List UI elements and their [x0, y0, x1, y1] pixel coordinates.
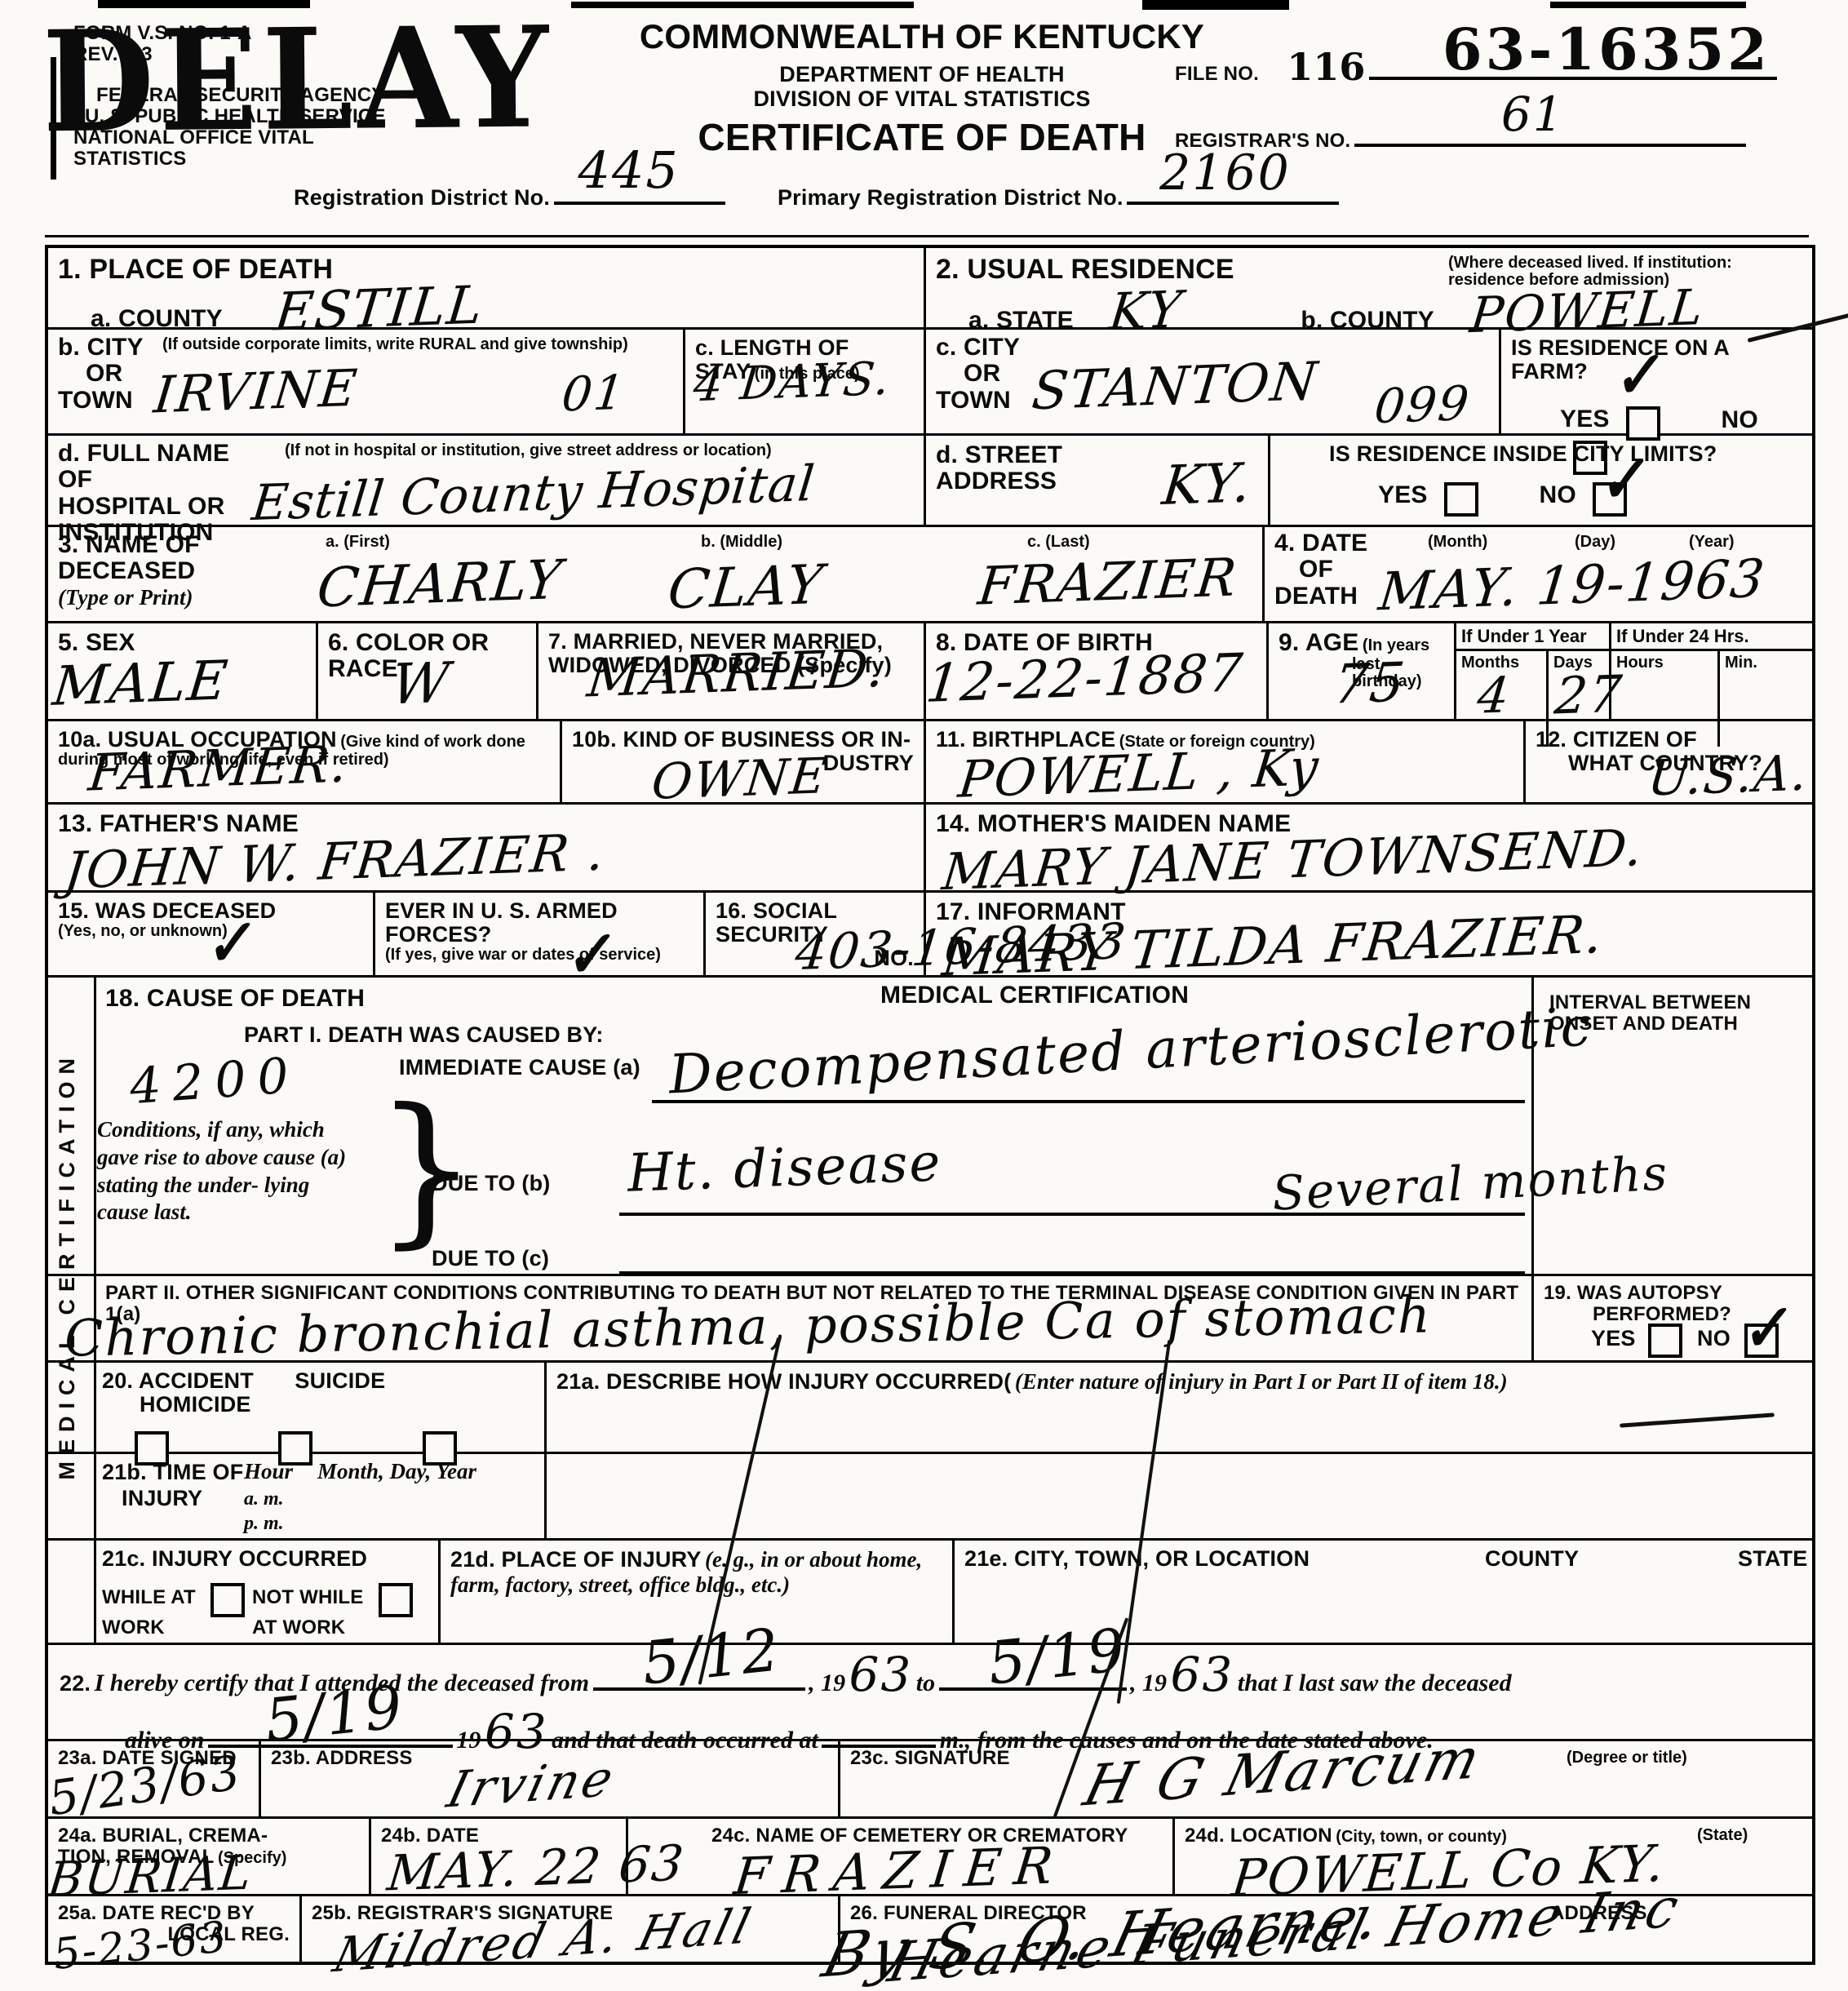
field-autopsy: 19. WAS AUTOPSY PERFORMED? YES NO ✓: [1534, 1276, 1812, 1360]
certify-year2-value: 63: [1170, 1647, 1234, 1702]
pm-label: p. m.: [244, 1513, 284, 1535]
title-block: COMMONWEALTH OF KENTUCKY DEPARTMENT OF H…: [563, 18, 1281, 157]
medical-certification-side-label: MEDICAL CERTIFICATION: [55, 1051, 80, 1480]
field-residence-on-farm: IS RESIDENCE ON A FARM? YES ✓ NO: [1501, 330, 1812, 433]
reg-district-value: 445: [578, 148, 680, 193]
degree-label: (Degree or title): [1567, 1749, 1687, 1767]
not-while-label2: AT WORK: [252, 1617, 413, 1638]
file-no-value: 116: [1287, 45, 1365, 89]
state-value: KY: [1107, 286, 1185, 335]
certify-to-label: to: [916, 1670, 935, 1696]
birthplace-value: POWELL , Ky: [956, 744, 1322, 802]
hospital-label2: HOSPITAL OR: [58, 494, 270, 520]
dod-label: 4. DATE: [1274, 530, 1397, 557]
first-name-value: CHARLY: [315, 556, 565, 613]
field-usual-residence: 2. USUAL RESIDENCE (Where deceased lived…: [926, 248, 1812, 327]
field-date-signed: 23a. DATE SIGNED 5/23/63: [48, 1741, 261, 1816]
limits-yes-label: YES: [1378, 481, 1428, 508]
while-at-work-label2: WORK: [102, 1617, 245, 1638]
am-label: a. m.: [244, 1488, 284, 1510]
months-value: 4: [1475, 673, 1513, 719]
check-icon: ✓: [1735, 1296, 1793, 1361]
certify-alive-value: 5/19: [263, 1680, 406, 1747]
first-name-label: a. (First): [326, 534, 390, 551]
last-name-label: c. (Last): [1027, 534, 1090, 551]
field-business: 10b. KIND OF BUSINESS OR IN- DUSTRY OWNE: [562, 721, 926, 802]
field-under-24-hrs: If Under 24 Hrs. Hours Min.: [1611, 623, 1812, 719]
age-value: 75: [1332, 658, 1408, 709]
signature-label: 23c. SIGNATURE: [850, 1747, 1010, 1769]
file-no-block: FILE NO. 116 63-16352: [1175, 45, 1819, 89]
certify-from-line: 5/12: [593, 1687, 805, 1691]
certify-year-pre1: , 19: [809, 1670, 845, 1696]
field-manner-of-death: 20. ACCIDENT SUICIDE HOMICIDE: [48, 1363, 547, 1452]
ssn-value: 403-16-8433: [793, 920, 1129, 975]
check-icon: ✓: [199, 911, 256, 976]
primary-district-label: Primary Registration District No.: [778, 185, 1123, 210]
field-was-deceased: 15. WAS DECEASED (Yes, no, or unknown) ✓: [48, 893, 375, 975]
medical-certification-strip: MEDICAL CERTIFICATION: [48, 978, 96, 1645]
limits-question: IS RESIDENCE INSIDE CITY LIMITS?: [1280, 442, 1802, 466]
injury-how-note: (Enter nature of injury in Part I or Par…: [1015, 1369, 1508, 1394]
field-street-address: d. STREET ADDRESS KY.: [926, 436, 1270, 525]
location-note2: (State): [1697, 1827, 1748, 1844]
autopsy-yes-checkbox: [1648, 1324, 1682, 1358]
field-armed-forces: EVER IN U. S. ARMED FORCES? (If yes, giv…: [375, 893, 706, 975]
hospital-label: d. FULL NAME OF: [58, 441, 270, 494]
forces-label2: EVER IN U. S. ARMED FORCES?: [385, 899, 694, 947]
dod-day-label: (Day): [1575, 534, 1615, 551]
not-while-checkbox: [379, 1583, 413, 1617]
accident-label: 20. ACCIDENT: [102, 1368, 254, 1393]
conditions-note: Conditions, if any, which gave rise to a…: [97, 1116, 366, 1226]
while-at-work-checkbox: [211, 1583, 245, 1617]
file-no-label: FILE NO.: [1175, 63, 1259, 85]
autopsy-no-label: NO: [1697, 1327, 1731, 1350]
marital-value: MARRIED.: [585, 645, 888, 703]
field-registrar-signature: 25b. REGISTRAR'S SIGNATURE Mildred A. Ha…: [302, 1896, 840, 1962]
under1-label: If Under 1 Year: [1456, 623, 1609, 651]
field-marital-status: 7. MARRIED, NEVER MARRIED, WIDOWED, DIVO…: [538, 623, 926, 719]
place-injury-label: 21d. PLACE OF INJURY: [450, 1547, 702, 1572]
name-label: 3. NAME OF: [58, 532, 254, 558]
scan-artifact: [1142, 0, 1289, 10]
field-cause-of-death: 18. CAUSE OF DEATH MEDICAL CERTIFICATION…: [48, 978, 1812, 1274]
burial-date-value: MAY. 22 63: [385, 1842, 687, 1896]
last-name-value: FRAZIER: [976, 555, 1239, 611]
district-line: Registration District No. 445 Primary Re…: [294, 186, 1681, 210]
hospital-value: Estill County Hospital: [250, 462, 817, 525]
cause-c-line: [619, 1271, 1525, 1274]
field-date-received: 25a. DATE REC'D BY LOCAL REG. 5-23-63: [48, 1896, 302, 1962]
registrar-no-line: 61: [1354, 144, 1746, 147]
residence-city-or: OR: [936, 361, 1026, 387]
reg-district-linefield: 445: [554, 202, 725, 205]
dob-value: 12-22-1887: [924, 650, 1246, 708]
city-note: (If outside corporate limits, write RURA…: [162, 336, 652, 353]
residence-city-town: TOWN: [936, 388, 1026, 414]
reg-district-label: Registration District No.: [294, 185, 550, 210]
location-label: 24d. LOCATION: [1185, 1825, 1332, 1847]
field-citizen: 12. CITIZEN OF WHAT COUNTRY? U.S.A.: [1526, 721, 1812, 802]
field-hospital: d. FULL NAME OF HOSPITAL OR INSTITUTION …: [48, 436, 926, 525]
department-title: DEPARTMENT OF HEALTH: [563, 63, 1281, 86]
sex-value: MALE: [51, 656, 231, 711]
injury-time-label: 21b. TIME OF: [102, 1461, 243, 1484]
while-at-work-label: WHILE AT: [102, 1586, 196, 1608]
citizen-value: U.S.A.: [1646, 751, 1810, 800]
check-icon: ✓: [1607, 343, 1664, 408]
injury-occurred-label: 21c. INJURY OCCURRED: [102, 1547, 428, 1571]
registrar-no-value: 61: [1501, 93, 1565, 135]
field-describe-injury: 21a. DESCRIBE HOW INJURY OCCURRED( (Ente…: [547, 1363, 1812, 1452]
due-b-label: DUE TO (b): [432, 1172, 551, 1195]
cause-code-value: 4200: [128, 1053, 301, 1109]
business-value: OWNE: [649, 754, 830, 805]
field-race: 6. COLOR OR RACE W: [318, 623, 538, 719]
due-c-label: DUE TO (c): [432, 1247, 549, 1270]
city-value: IRVINE: [152, 366, 360, 419]
field-date-of-death: 4. DATE OF DEATH (Month) (Day) (Year) MA…: [1265, 527, 1812, 621]
header-rule: [45, 235, 1809, 237]
field-part2-conditions: PART II. OTHER SIGNIFICANT CONDITIONS CO…: [48, 1276, 1534, 1360]
primary-district-value: 2160: [1159, 151, 1291, 195]
signer-address-value: Irvine: [443, 1756, 620, 1812]
residence-city-label: c. CITY: [936, 335, 1026, 361]
burial-label: 24a. BURIAL, CREMA-: [58, 1825, 359, 1847]
father-value: JOHN W. FRAZIER .: [62, 829, 608, 894]
field-burial-location: 24d. LOCATION (City, town, or county) (S…: [1175, 1819, 1812, 1894]
dod-month-label: (Month): [1428, 534, 1487, 551]
usual-residence-title: 2. USUAL RESIDENCE: [936, 254, 1234, 285]
month-day-year-label: Month, Day, Year: [317, 1459, 476, 1484]
field-injury-occurred: 21c. INJURY OCCURRED WHILE AT WORK NOT W…: [48, 1541, 441, 1643]
primary-district-linefield: 2160: [1127, 202, 1339, 205]
field-signature: 23c. SIGNATURE (Degree or title) H G Mar…: [840, 1741, 1812, 1816]
hour-label: Hour: [244, 1459, 293, 1484]
residence-city-value: STANTON: [1030, 359, 1320, 416]
scan-artifact: [1550, 2, 1746, 8]
autopsy-yes-label: YES: [1591, 1327, 1636, 1350]
business-label: 10b. KIND OF BUSINESS OR IN-: [572, 728, 914, 752]
occupation-value: FARMER.: [86, 741, 351, 796]
certify-year1-value: 63: [849, 1647, 913, 1702]
limits-no-label: NO: [1540, 481, 1576, 508]
field-date-of-birth: 8. DATE OF BIRTH 12-22-1887: [926, 623, 1269, 719]
field-burial-date: 24b. DATE MAY. 22 63: [371, 1819, 628, 1894]
not-while-label: NOT WHILE: [252, 1586, 363, 1608]
field-name-of-deceased: 3. NAME OF DECEASED (Type or Print) a. (…: [48, 527, 1265, 621]
city-label-town: TOWN: [58, 388, 148, 414]
field-mother-name: 14. MOTHER'S MAIDEN NAME MARY JANE TOWNS…: [926, 805, 1812, 890]
field-sex: 5. SEX MALE: [48, 623, 318, 719]
injury-state-label: STATE: [1738, 1547, 1808, 1571]
file-no-line: 63-16352: [1369, 77, 1777, 80]
certify-text2: that I last saw the deceased: [1238, 1670, 1512, 1696]
field-ssn: 16. SOCIAL SECURITY NO. 403-16-8433: [706, 893, 926, 975]
medical-certification-header: MEDICAL CERTIFICATION: [880, 982, 1189, 1009]
field-occupation: 10a. USUAL OCCUPATION (Give kind of work…: [48, 721, 562, 802]
farm-no-label: NO: [1722, 406, 1758, 433]
signature-value: H G Marcum: [1079, 1733, 1487, 1811]
file-stamp-number: 63-16352: [1443, 16, 1770, 83]
dod-value: MAY. 19-1963: [1376, 557, 1768, 617]
cause-label: 18. CAUSE OF DEATH: [105, 986, 365, 1012]
injury-time-label2: INJURY: [122, 1487, 202, 1510]
name-note: (Type or Print): [58, 585, 254, 610]
interval-value: Several months: [1271, 1151, 1669, 1215]
city-label: b. CITY: [58, 335, 148, 361]
field-signer-address: 23b. ADDRESS Irvine: [261, 1741, 840, 1816]
commonwealth-title: COMMONWEALTH OF KENTUCKY: [563, 18, 1281, 55]
part1-label: PART I. DEATH WAS CAUSED BY:: [244, 1023, 604, 1047]
field-inside-city-limits: IS RESIDENCE INSIDE CITY LIMITS? YES NO …: [1270, 436, 1812, 525]
suicide-label: SUICIDE: [295, 1368, 385, 1393]
farm-yes-label: YES: [1560, 406, 1610, 433]
injury-county-label: COUNTY: [1485, 1547, 1579, 1571]
field-time-of-injury: 21b. TIME OF INJURY Hour Month, Day, Yea…: [48, 1454, 547, 1538]
field-place-of-death: 1. PLACE OF DEATH a. COUNTY ESTILL: [48, 248, 926, 327]
certificate-form: 1. PLACE OF DEATH a. COUNTY ESTILL 2. US…: [45, 245, 1815, 1965]
field-father-name: 13. FATHER'S NAME JOHN W. FRAZIER .: [48, 805, 926, 890]
cause-a-value: Decompensated arteriosclerotic: [667, 1002, 1593, 1099]
residence-city-code: 099: [1372, 382, 1472, 428]
conditions-brace: }: [374, 1100, 478, 1239]
injury-how-label: 21a. DESCRIBE HOW INJURY OCCURRED(: [556, 1369, 1011, 1394]
field-under-1-year: If Under 1 Year Months 4 Days 27: [1456, 623, 1611, 719]
death-certificate-page: FORM V.S. NO. 1-A REV. -53 FEDERAL SECUR…: [0, 0, 1848, 1991]
street-value: KY.: [1160, 459, 1255, 510]
race-value: W: [389, 658, 453, 711]
burial-value: BURIAL: [46, 1851, 255, 1901]
field-burial-type: 24a. BURIAL, CREMA- TION, REMOVAL (Speci…: [48, 1819, 371, 1894]
field-birthplace: 11. BIRTHPLACE (State or foreign country…: [926, 721, 1526, 802]
certify-number: 22.: [60, 1671, 91, 1696]
cause-b-value: Ht. disease: [627, 1140, 942, 1198]
field-city-of-death: b. CITY OR TOWN (If outside corporate li…: [48, 330, 685, 433]
county-value: ESTILL: [273, 282, 485, 337]
city-label-or: OR: [58, 361, 148, 387]
field-age: 9. AGE (In years last birthday) 75: [1269, 623, 1456, 719]
cause-a-line: [652, 1100, 1525, 1103]
field-residence-city: c. CITY OR TOWN STANTON 099: [926, 330, 1501, 433]
middle-name-label: b. (Middle): [701, 534, 782, 551]
name-label2: DECEASED: [58, 558, 254, 584]
min-label: Min.: [1725, 654, 1807, 672]
city-code-value: 01: [560, 371, 627, 416]
certify-to-value: 5/19: [986, 1623, 1129, 1690]
homicide-label: HOMICIDE: [140, 1392, 251, 1417]
division-title: DIVISION OF VITAL STATISTICS: [563, 87, 1281, 111]
dod-year-label: (Year): [1689, 534, 1735, 551]
field-cemetery-name: 24c. NAME OF CEMETERY OR CREMATORY FRAZI…: [628, 1819, 1175, 1894]
check-icon: ✓: [1593, 447, 1650, 512]
forces-note2: (If yes, give war or dates of service): [385, 947, 694, 964]
delay-stamp: DELAY: [42, 0, 554, 164]
dod-label2: OF: [1274, 557, 1397, 583]
field-length-of-stay: c. LENGTH OF STAY (in this place) 4 DAYS…: [685, 330, 926, 433]
under24-label: If Under 24 Hrs.: [1611, 623, 1812, 651]
limits-yes-checkbox: [1444, 482, 1478, 517]
scan-artifact: [571, 2, 914, 8]
middle-name-value: CLAY: [666, 561, 827, 614]
hours-label: Hours: [1616, 654, 1713, 672]
cemetery-value: FRAZIER: [732, 1842, 1068, 1900]
stay-value: 4 DAYS.: [691, 359, 893, 407]
field-certify-statement: 22. I hereby certify that I attended the…: [48, 1645, 1812, 1739]
county-label: a. COUNTY: [91, 305, 223, 332]
certify-year-pre2: , 19: [1130, 1670, 1167, 1696]
